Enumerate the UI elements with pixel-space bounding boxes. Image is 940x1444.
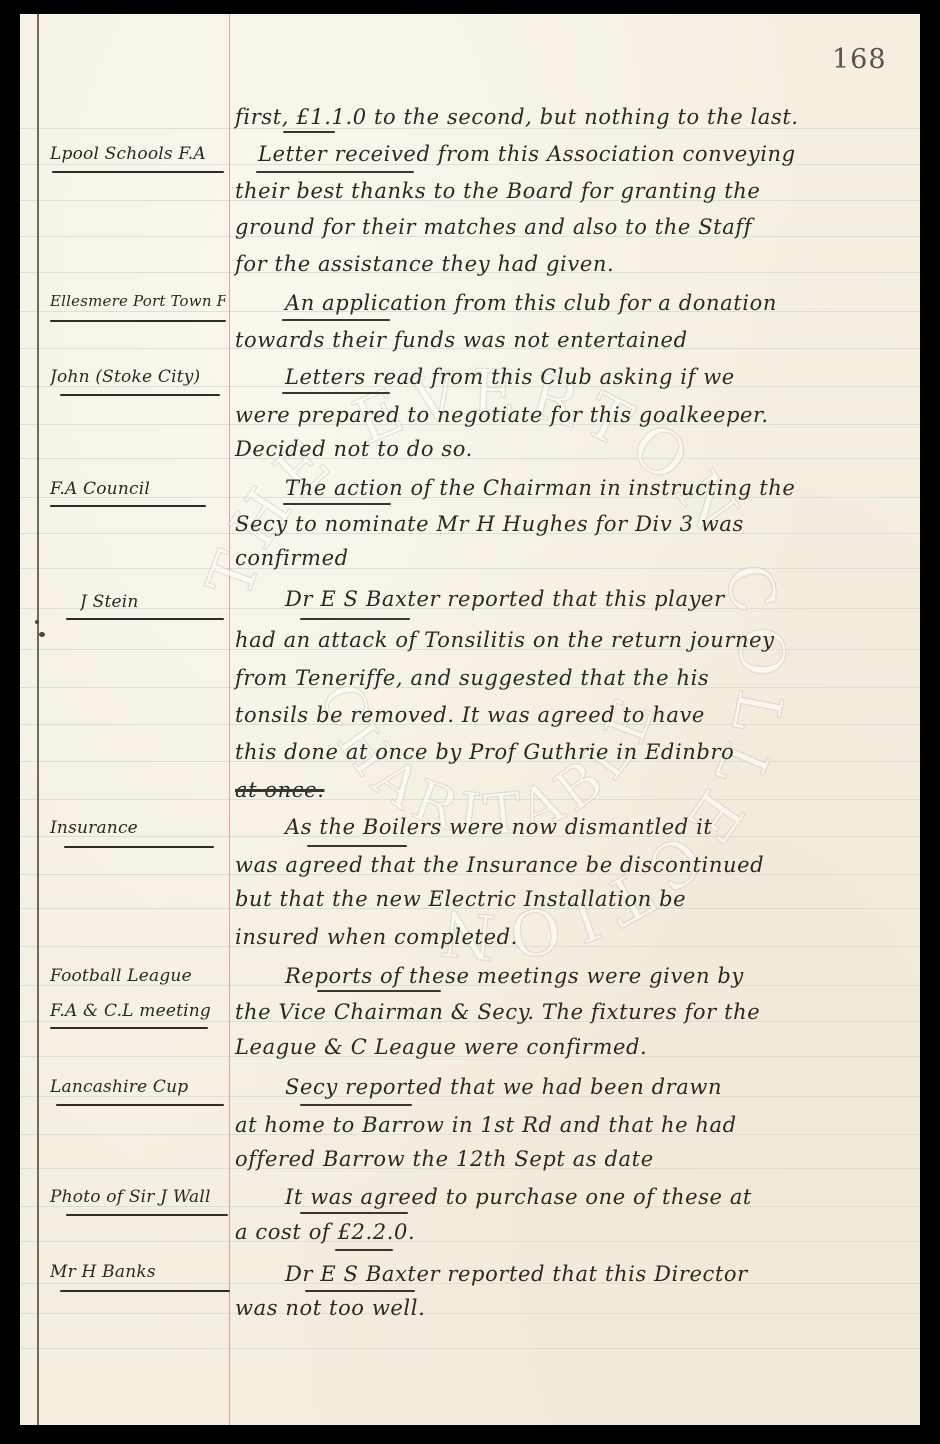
ledger-page: THE EVERTON COLLECTION CHARITABLE TRUST … — [20, 14, 920, 1425]
heading-underline — [64, 846, 214, 848]
heading-underline — [66, 618, 224, 620]
ruled-line — [20, 1313, 920, 1314]
entry-line: Secy reported that we had been drawn — [285, 1077, 722, 1098]
margin-heading: J Stein — [80, 594, 256, 611]
entry-line: had an attack of Tonsilitis on the retur… — [235, 630, 775, 651]
entry-line: Reports of these meetings were given by — [285, 966, 744, 987]
entry-line: As the Boilers were now dismantled it — [285, 817, 712, 838]
entry-line: Letter received from this Association co… — [258, 144, 796, 165]
entry-line: ground for their matches and also to the… — [235, 217, 752, 238]
margin-heading-second: F.A & C.L meeting — [50, 1003, 226, 1020]
underline — [300, 1104, 412, 1106]
margin-heading: Mr H Banks — [50, 1264, 226, 1281]
struck-entry-line: at once. — [235, 780, 324, 801]
entry-line: from Teneriffe, and suggested that the h… — [235, 668, 709, 689]
entry-line: League & C League were confirmed. — [235, 1037, 647, 1058]
margin-heading: Lpool Schools F.A — [50, 146, 226, 163]
underline — [282, 392, 390, 394]
entry-line: the Vice Chairman & Secy. The fixtures f… — [235, 1002, 760, 1023]
underline — [307, 845, 407, 847]
ruled-line — [20, 799, 920, 800]
underline — [256, 171, 414, 173]
entry-line: tonsils be removed. It was agreed to hav… — [235, 705, 705, 726]
heading-underline — [50, 1027, 208, 1029]
entry-line: Decided not to do so. — [235, 439, 473, 460]
underline — [283, 131, 335, 133]
margin-heading: Football League — [50, 968, 226, 985]
underline — [283, 503, 391, 505]
heading-underline — [56, 1104, 224, 1106]
entry-line: insured when completed. — [235, 927, 518, 948]
margin-heading: Ellesmere Port Town F.C — [50, 294, 226, 309]
entry-line: An application from this club for a dona… — [285, 293, 777, 314]
underline — [305, 1290, 415, 1292]
entry-line: their best thanks to the Board for grant… — [235, 181, 760, 202]
heading-underline — [52, 171, 224, 173]
entry-line: this done at once by Prof Guthrie in Edi… — [235, 742, 734, 763]
entry-line: but that the new Electric Installation b… — [235, 889, 686, 910]
margin-heading: Photo of Sir J Wall — [50, 1189, 226, 1206]
underline — [282, 319, 390, 321]
entry-line: It was agreed to purchase one of these a… — [285, 1187, 752, 1208]
entry-line: Letters read from this Club asking if we — [285, 367, 735, 388]
margin-heading: John (Stoke City) — [50, 369, 226, 386]
heading-underline — [50, 505, 206, 507]
entry-line: offered Barrow the 12th Sept as date — [235, 1149, 654, 1170]
ink-blot — [35, 620, 39, 624]
page-number: 168 — [832, 44, 887, 75]
entry-line: for the assistance they had given. — [235, 254, 614, 275]
entry-line: confirmed — [235, 548, 349, 569]
entry-line: at home to Barrow in 1st Rd and that he … — [235, 1115, 737, 1136]
ruled-line — [20, 568, 920, 569]
entry-line: a cost of £2.2.0. — [235, 1222, 415, 1243]
margin-heading: F.A Council — [50, 481, 226, 498]
left-binding-rule — [37, 14, 39, 1425]
ruled-line — [20, 1241, 920, 1242]
underline — [300, 618, 410, 620]
entry-line: first, £1.1.0 to the second, but nothing… — [235, 107, 799, 128]
ruled-line — [20, 1348, 920, 1349]
entry-line: Dr E S Baxter reported that this Directo… — [285, 1264, 748, 1285]
entry-line: were prepared to negotiate for this goal… — [235, 405, 769, 426]
underline — [300, 1212, 408, 1214]
margin-heading: Lancashire Cup — [50, 1079, 226, 1096]
red-margin-line — [229, 14, 230, 1425]
entry-line: towards their funds was not entertained — [235, 330, 688, 351]
underline — [335, 1249, 393, 1251]
entry-line: Secy to nominate Mr H Hughes for Div 3 w… — [235, 514, 744, 535]
ink-blot — [39, 632, 45, 637]
heading-underline — [60, 1290, 230, 1292]
heading-underline — [66, 1214, 228, 1216]
entry-line: was not too well. — [235, 1298, 425, 1319]
margin-heading: Insurance — [50, 820, 226, 837]
entry-line: was agreed that the Insurance be discont… — [235, 855, 764, 876]
heading-underline — [60, 394, 220, 396]
underline — [317, 990, 441, 992]
heading-underline — [50, 320, 226, 322]
entry-line: The action of the Chairman in instructin… — [285, 478, 795, 499]
entry-line: Dr E S Baxter reported that this player — [285, 589, 725, 610]
